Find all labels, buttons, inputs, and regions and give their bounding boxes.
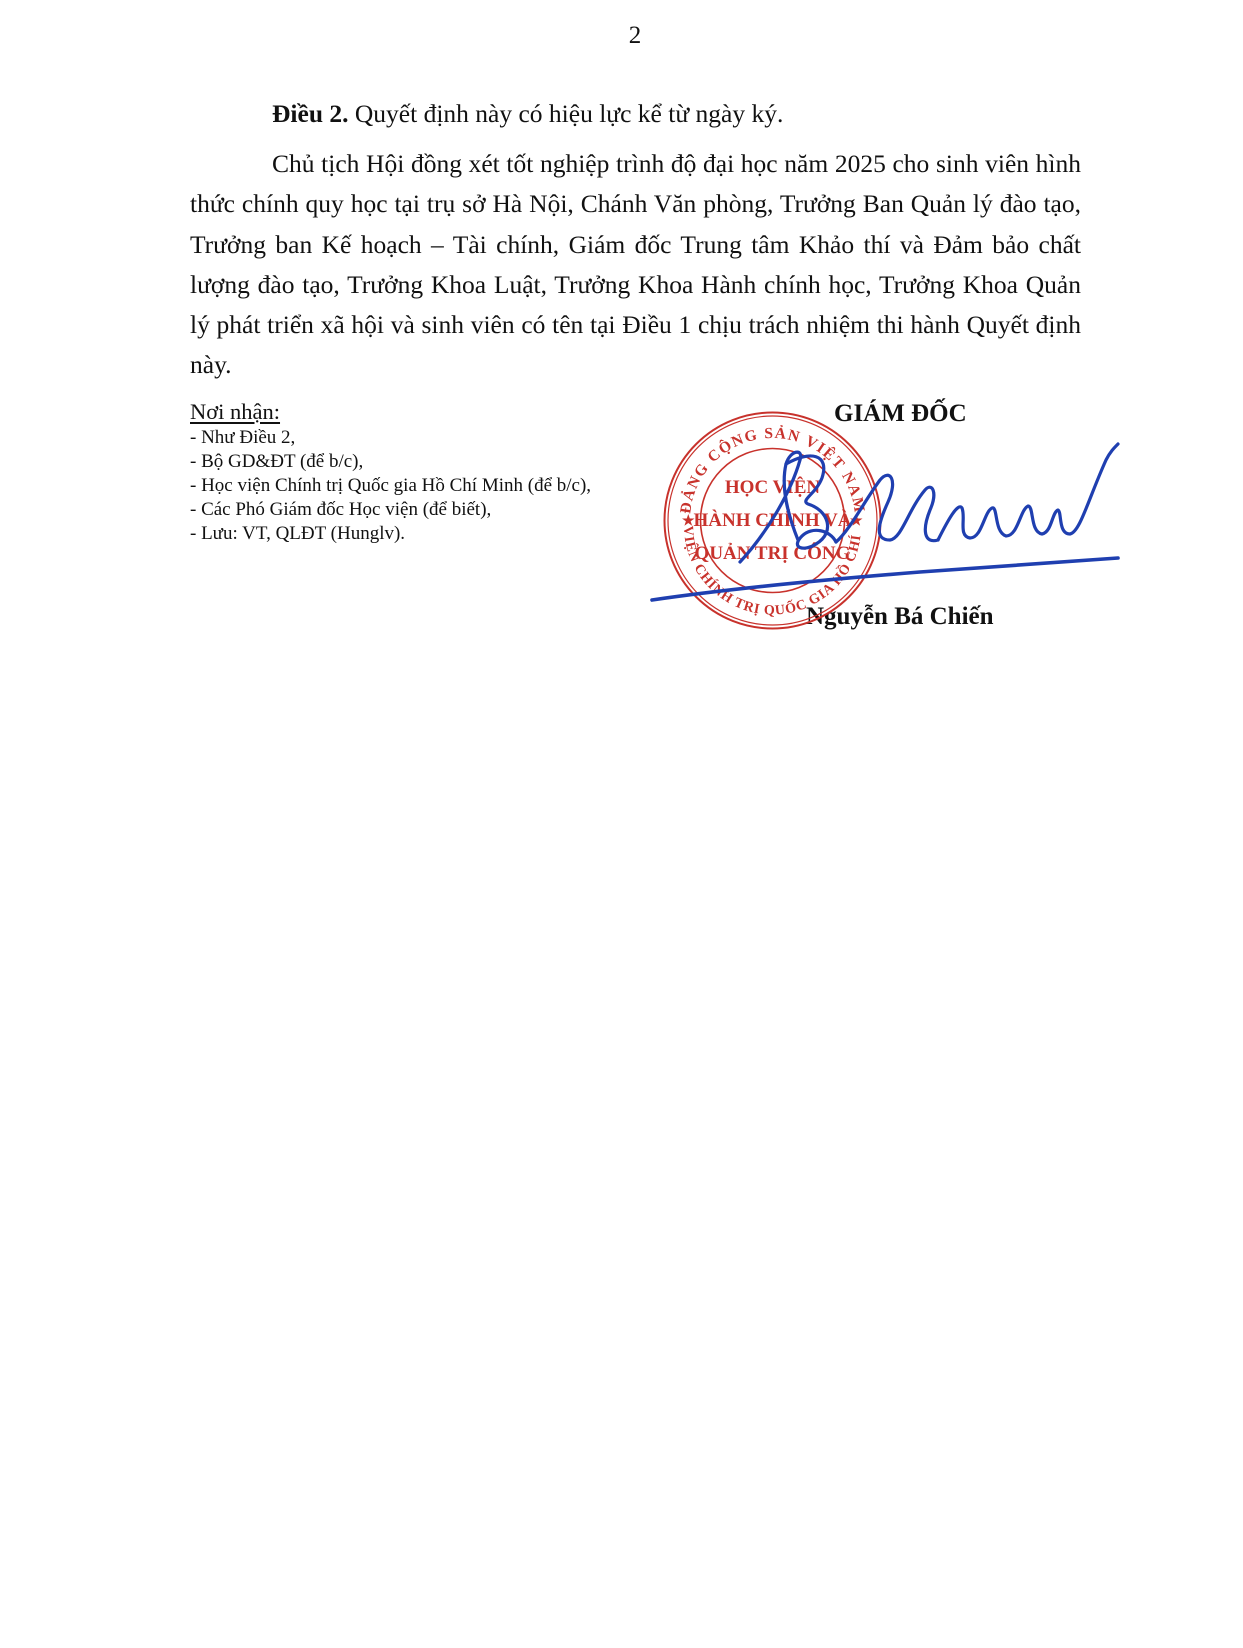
official-stamp-icon: ĐẢNG CỘNG SẢN VIỆT NAM HỌC VIỆN CHÍNH TR… [660,408,885,633]
handwritten-signature-icon [640,440,1130,610]
article-text: Quyết định này có hiệu lực kể từ ngày ký… [349,99,784,128]
signer-name: Nguyễn Bá Chiến [806,601,994,633]
stamp-top-text: ĐẢNG CỘNG SẢN VIỆT NAM [677,425,868,515]
svg-text:★: ★ [850,513,863,529]
recipient-item: - Bộ GD&ĐT (để b/c), [190,450,660,474]
stamp-line-2: HÀNH CHÍNH VÀ [694,509,852,531]
recipients-block: Nơi nhận: - Như Điều 2, - Bộ GD&ĐT (để b… [190,398,660,546]
article-label: Điều 2. [272,99,349,128]
recipient-item: - Học viện Chính trị Quốc gia Hồ Chí Min… [190,474,660,498]
recipient-item: - Lưu: VT, QLĐT (Hunglv). [190,522,660,546]
document-body: Điều 2. Quyết định này có hiệu lực kể từ… [190,94,1081,385]
signer-title: GIÁM ĐỐC [834,398,967,430]
recipients-heading: Nơi nhận: [190,398,660,426]
recipient-item: - Các Phó Giám đốc Học viện (để biết), [190,498,660,522]
svg-text:HỌC VIỆN CHÍNH TRỊ QUỐC GIA HỒ: HỌC VIỆN CHÍNH TRỊ QUỐC GIA HỒ CHÍ MINH [660,408,865,619]
recipient-item: - Như Điều 2, [190,426,660,450]
responsibility-paragraph: Chủ tịch Hội đồng xét tốt nghiệp trình đ… [190,144,1081,385]
stamp-bottom-text: HỌC VIỆN CHÍNH TRỊ QUỐC GIA HỒ CHÍ MINH [660,408,865,619]
svg-text:★: ★ [682,513,695,529]
stamp-line-1: HỌC VIỆN [725,476,820,498]
stamp-line-3: QUẢN TRỊ CÔNG [695,542,851,564]
article-2: Điều 2. Quyết định này có hiệu lực kể từ… [190,94,1081,134]
page-number: 2 [0,20,1243,52]
svg-text:ĐẢNG CỘNG SẢN VIỆT NAM: ĐẢNG CỘNG SẢN VIỆT NAM [677,425,868,515]
